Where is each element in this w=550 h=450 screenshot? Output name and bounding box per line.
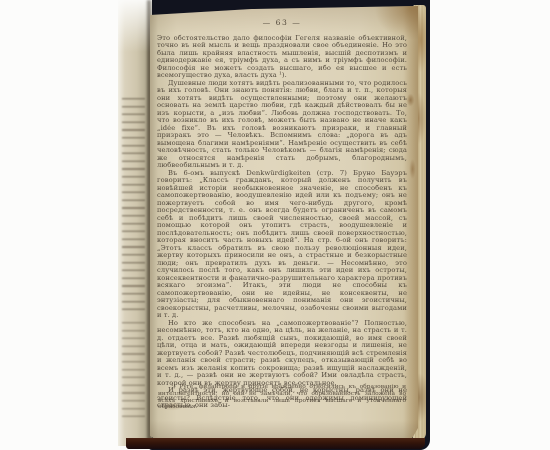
paragraph-3: Въ 6-омъ выпускѣ Denkwürdigkeiten (стр. … (157, 170, 407, 320)
paragraph-2: Душевные люди хотятъ видѣть реализованны… (157, 80, 407, 170)
paragraph-4: Но кто же способенъ на „самопожертвовані… (157, 320, 407, 388)
binding-bottom-edge (126, 438, 425, 449)
page-number: — 63 — (157, 19, 407, 27)
book-photo: — 63 — Это обстоятельство дало философіи… (0, 0, 550, 450)
footnote: ¹) Руге, филантропы и другіе враждебно о… (158, 384, 406, 411)
open-book: — 63 — Это обстоятельство дало философіи… (118, 0, 430, 450)
left-page-text-fragments (122, 322, 145, 422)
paragraph-1: Это обстоятельство дало философіи Гегеля… (157, 35, 407, 80)
book-page: — 63 — Это обстоятельство дало философіи… (150, 5, 418, 442)
page-text: — 63 — Это обстоятельство дало философіи… (157, 19, 407, 410)
footnote-text: ¹) Руге, филантропы и другіе враждебно о… (158, 384, 406, 411)
left-page-text-fragments (122, 98, 145, 310)
